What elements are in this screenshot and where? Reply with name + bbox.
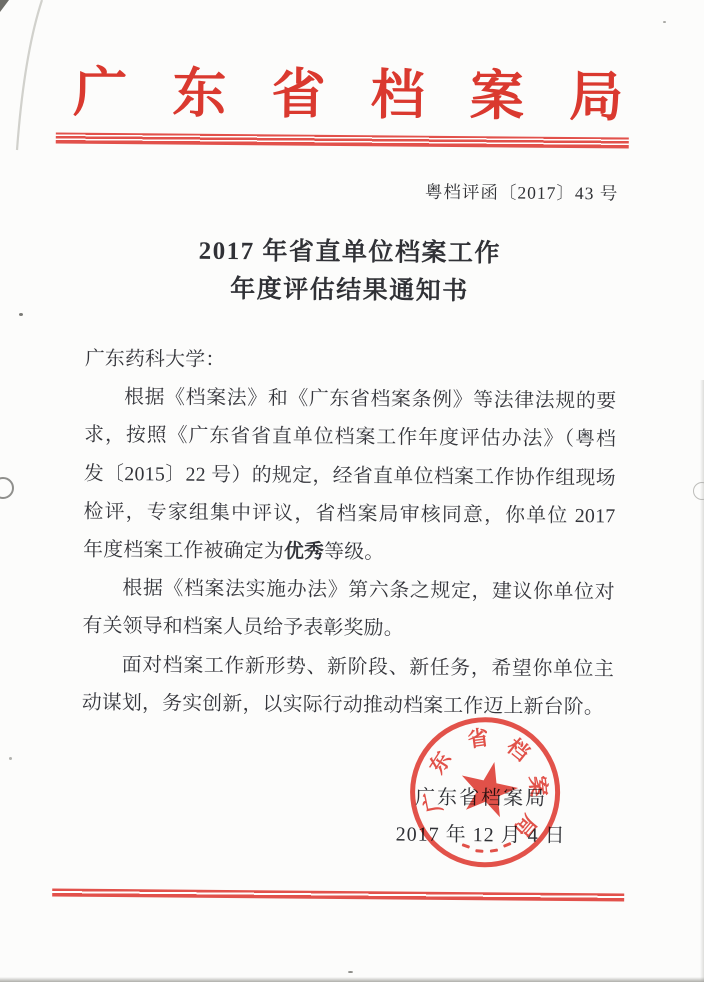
salutation: 广东药科大学： bbox=[85, 340, 617, 383]
document-title: 2017 年省直单位档案工作 年度评估结果通知书 bbox=[0, 231, 702, 312]
letterhead-char: 档 bbox=[370, 65, 425, 125]
scanned-document-page: 广 东 省 档 案 局 粤档评函〔2017〕43 号 2017 年省直单位档案工… bbox=[0, 0, 704, 982]
document-content: 广 东 省 档 案 局 粤档评函〔2017〕43 号 2017 年省直单位档案工… bbox=[0, 0, 704, 982]
official-seal: 广 东 省 档 案 局 bbox=[409, 717, 560, 868]
footer-rule bbox=[52, 888, 624, 901]
document-body: 广东药科大学： 根据《档案法》和《广东省档案条例》等法律法规的要求，按照《广东省… bbox=[82, 340, 617, 727]
letterhead-rule bbox=[56, 132, 629, 148]
letterhead-char: 东 bbox=[172, 64, 227, 124]
paragraph-1: 根据《档案法》和《广东省档案条例》等法律法规的要求，按照《广东省省直单位档案工作… bbox=[83, 378, 617, 574]
page-edge-right bbox=[700, 380, 704, 982]
document-title-line1: 2017 年省直单位档案工作 bbox=[0, 231, 702, 275]
paragraph-3: 面对档案工作新形势、新阶段、新任务，希望你单位主动谋划，务实创新，以实际行动推动… bbox=[82, 645, 615, 726]
letterhead-char: 广 bbox=[73, 63, 128, 123]
letterhead-char: 案 bbox=[470, 66, 525, 126]
letterhead-agency-title: 广 东 省 档 案 局 bbox=[73, 63, 624, 128]
document-number: 粤档评函〔2017〕43 号 bbox=[86, 176, 618, 206]
paragraph-1-emphasis: 优秀 bbox=[284, 541, 324, 563]
letterhead-char: 省 bbox=[271, 64, 326, 124]
document-title-line2: 年度评估结果通知书 bbox=[0, 268, 702, 312]
seal-char: 省 bbox=[466, 725, 491, 752]
seal-char: 案 bbox=[525, 774, 551, 798]
paragraph-2: 根据《档案法实施办法》第六条之规定，建议你单位对有关领导和档案人员给予表彰奖励。 bbox=[82, 569, 615, 650]
seal-char: 广 bbox=[419, 789, 447, 815]
paragraph-1-text: 根据《档案法》和《广东省档案条例》等法律法规的要求，按照《广东省省直单位档案工作… bbox=[83, 386, 617, 562]
letterhead-char: 局 bbox=[569, 67, 624, 127]
paragraph-1-tail: 等级。 bbox=[324, 541, 384, 564]
